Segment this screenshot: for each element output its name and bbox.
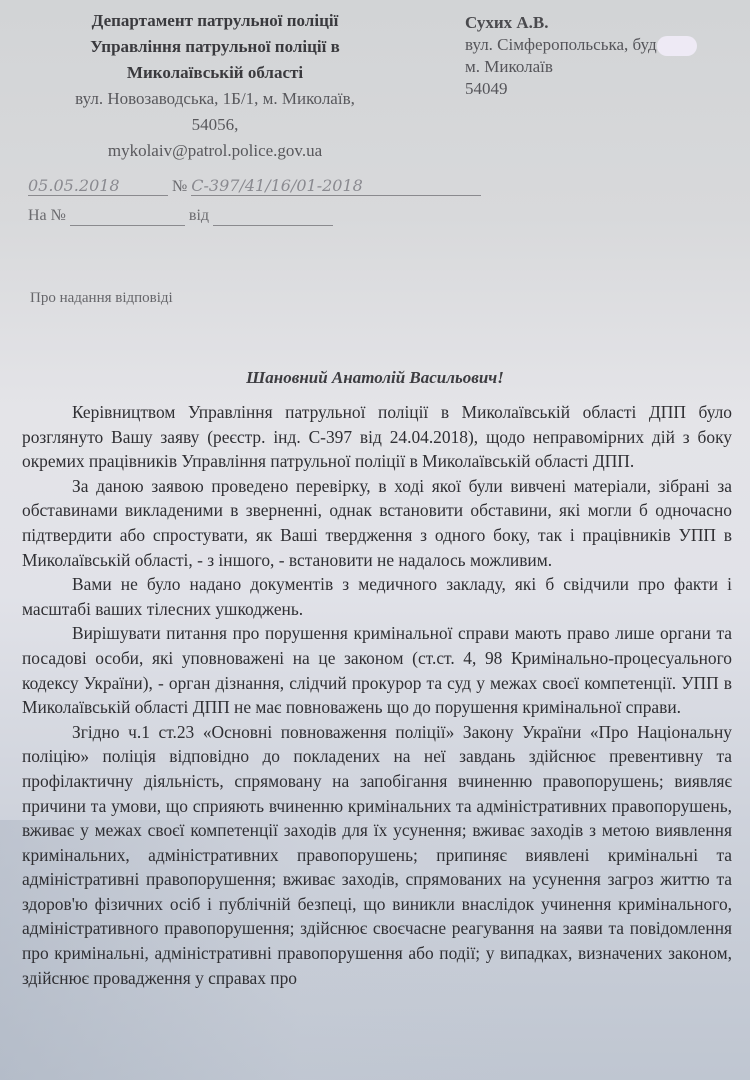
outgoing-reference: 05.05.2018 № С-397/41/16/01-2018 [28, 176, 481, 196]
salutation: Шановний Анатолій Васильович! [0, 368, 750, 388]
letter-subject: Про надання відповіді [30, 290, 173, 307]
paragraph: Вами не було надано документів з медично… [22, 572, 732, 621]
sender-address: вул. Новозаводська, 1Б/1, м. Миколаїв, [40, 86, 390, 112]
incoming-reference: На № від [28, 207, 333, 226]
outgoing-number: С-397/41/16/01-2018 [191, 176, 481, 196]
redaction-mark [657, 36, 697, 56]
incoming-number-blank [70, 207, 185, 226]
outgoing-number-label: № [172, 178, 187, 195]
sender-email: mykolaiv@patrol.police.gov.ua [40, 138, 390, 164]
outgoing-date: 05.05.2018 [28, 176, 168, 196]
recipient-street-line: вул. Сімферопольська, буд [465, 34, 697, 56]
paragraph: За даною заявою проведено перевірку, в х… [22, 474, 732, 572]
sender-letterhead: Департамент патрульної поліції Управлінн… [40, 8, 390, 164]
recipient-street: вул. Сімферопольська, буд [465, 35, 657, 54]
recipient-city: м. Миколаїв [465, 56, 697, 78]
incoming-date-blank [213, 207, 333, 226]
sender-postcode: 54056, [40, 112, 390, 138]
sender-office: Управління патрульної поліції в [40, 34, 390, 60]
recipient-postcode: 54049 [465, 78, 697, 100]
letter-body: Керівництвом Управління патрульної поліц… [22, 400, 732, 990]
incoming-date-label: від [189, 207, 209, 224]
incoming-number-label: На № [28, 207, 66, 224]
recipient-block: Сухих А.В. вул. Сімферопольська, буд м. … [465, 12, 697, 100]
paragraph: Згідно ч.1 ст.23 «Основні повноваження п… [22, 720, 732, 991]
recipient-name: Сухих А.В. [465, 12, 697, 34]
sender-region: Миколаївській області [40, 60, 390, 86]
paragraph: Керівництвом Управління патрульної поліц… [22, 400, 732, 474]
sender-department: Департамент патрульної поліції [40, 8, 390, 34]
paragraph: Вирішувати питання про порушення криміна… [22, 621, 732, 719]
